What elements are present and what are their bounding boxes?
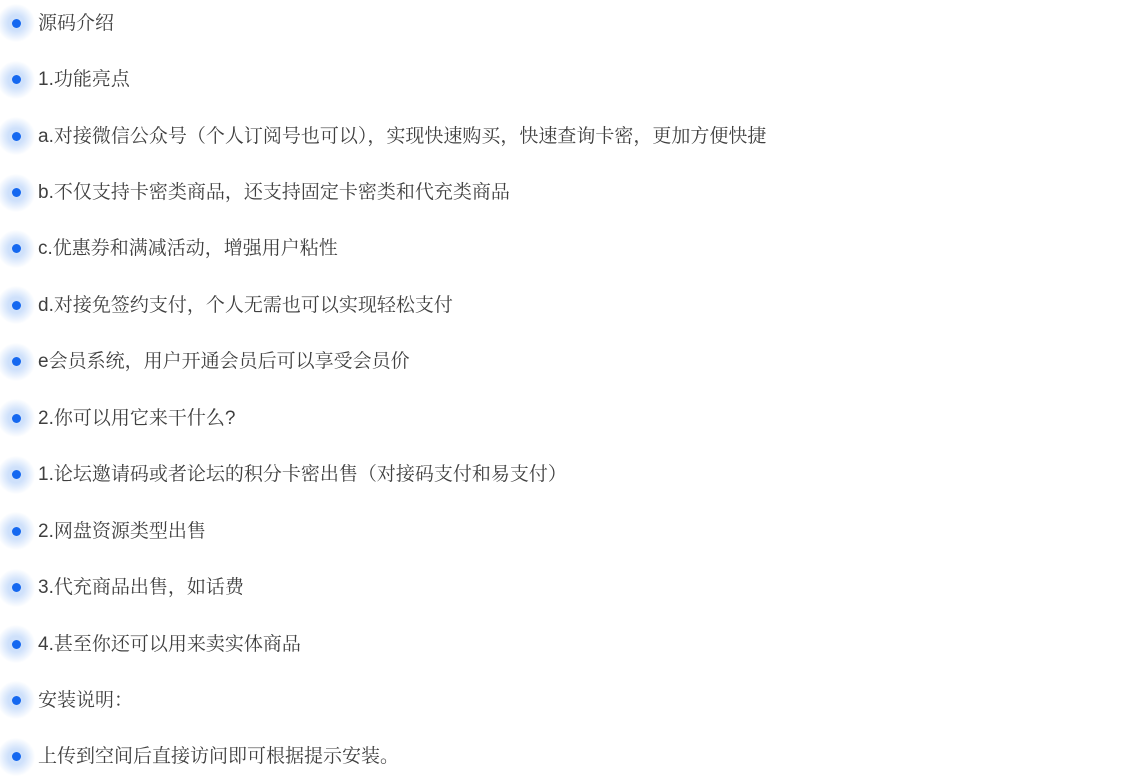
bullet-dot-icon xyxy=(4,11,28,35)
list-item-text: 3.代充商品出售，如话费 xyxy=(38,578,244,597)
list-item-text: 2.你可以用它来干什么? xyxy=(38,409,235,428)
list-item-text: 源码介绍 xyxy=(38,14,114,33)
list-item-text: d.对接免签约支付，个人无需也可以实现轻松支付 xyxy=(38,296,453,315)
list-item-text: 2.网盘资源类型出售 xyxy=(38,522,206,541)
bullet-dot-icon xyxy=(4,350,28,374)
bullet-dot-icon xyxy=(4,519,28,543)
list-item-text: 安装说明： xyxy=(38,691,133,710)
bullet-dot-icon xyxy=(4,181,28,205)
list-item: b.不仅支持卡密类商品，还支持固定卡密类和代充类商品 xyxy=(0,164,1141,220)
list-item: 2.你可以用它来干什么? xyxy=(0,390,1141,446)
list-item-text: a.对接微信公众号（个人订阅号也可以），实现快速购买，快速查询卡密，更加方便快捷 xyxy=(38,127,766,146)
list-item-text: e会员系统，用户开通会员后可以享受会员价 xyxy=(38,352,410,371)
list-item-text: 1.论坛邀请码或者论坛的积分卡密出售（对接码支付和易支付） xyxy=(38,465,567,484)
list-item: 上传到空间后直接访问即可根据提示安装。 xyxy=(0,729,1141,780)
bullet-dot-icon xyxy=(4,632,28,656)
list-item-text: 4.甚至你还可以用来卖实体商品 xyxy=(38,635,301,654)
list-item-text: 上传到空间后直接访问即可根据提示安装。 xyxy=(38,747,399,766)
bullet-dot-icon xyxy=(4,463,28,487)
list-item: a.对接微信公众号（个人订阅号也可以），实现快速购买，快速查询卡密，更加方便快捷 xyxy=(0,108,1141,164)
list-item: 安装说明： xyxy=(0,672,1141,728)
bullet-dot-icon xyxy=(4,745,28,769)
bullet-dot-icon xyxy=(4,406,28,430)
list-item-text: b.不仅支持卡密类商品，还支持固定卡密类和代充类商品 xyxy=(38,183,510,202)
list-item-text: c.优惠券和满减活动，增强用户粘性 xyxy=(38,239,338,258)
list-item: 源码介绍 xyxy=(0,0,1141,51)
list-item: 1.论坛邀请码或者论坛的积分卡密出售（对接码支付和易支付） xyxy=(0,447,1141,503)
list-item: d.对接免签约支付，个人无需也可以实现轻松支付 xyxy=(0,277,1141,333)
bullet-dot-icon xyxy=(4,293,28,317)
list-item: c.优惠券和满减活动，增强用户粘性 xyxy=(0,221,1141,277)
bullet-dot-icon xyxy=(4,688,28,712)
bullet-dot-icon xyxy=(4,237,28,261)
list-item: 2.网盘资源类型出售 xyxy=(0,503,1141,559)
list-item-text: 1.功能亮点 xyxy=(38,70,130,89)
bullet-dot-icon xyxy=(4,576,28,600)
list-item: 4.甚至你还可以用来卖实体商品 xyxy=(0,616,1141,672)
bullet-dot-icon xyxy=(4,68,28,92)
description-list: 源码介绍 1.功能亮点 a.对接微信公众号（个人订阅号也可以），实现快速购买，快… xyxy=(0,0,1141,780)
list-item: 3.代充商品出售，如话费 xyxy=(0,559,1141,615)
bullet-dot-icon xyxy=(4,124,28,148)
list-item: e会员系统，用户开通会员后可以享受会员价 xyxy=(0,334,1141,390)
list-item: 1.功能亮点 xyxy=(0,51,1141,107)
